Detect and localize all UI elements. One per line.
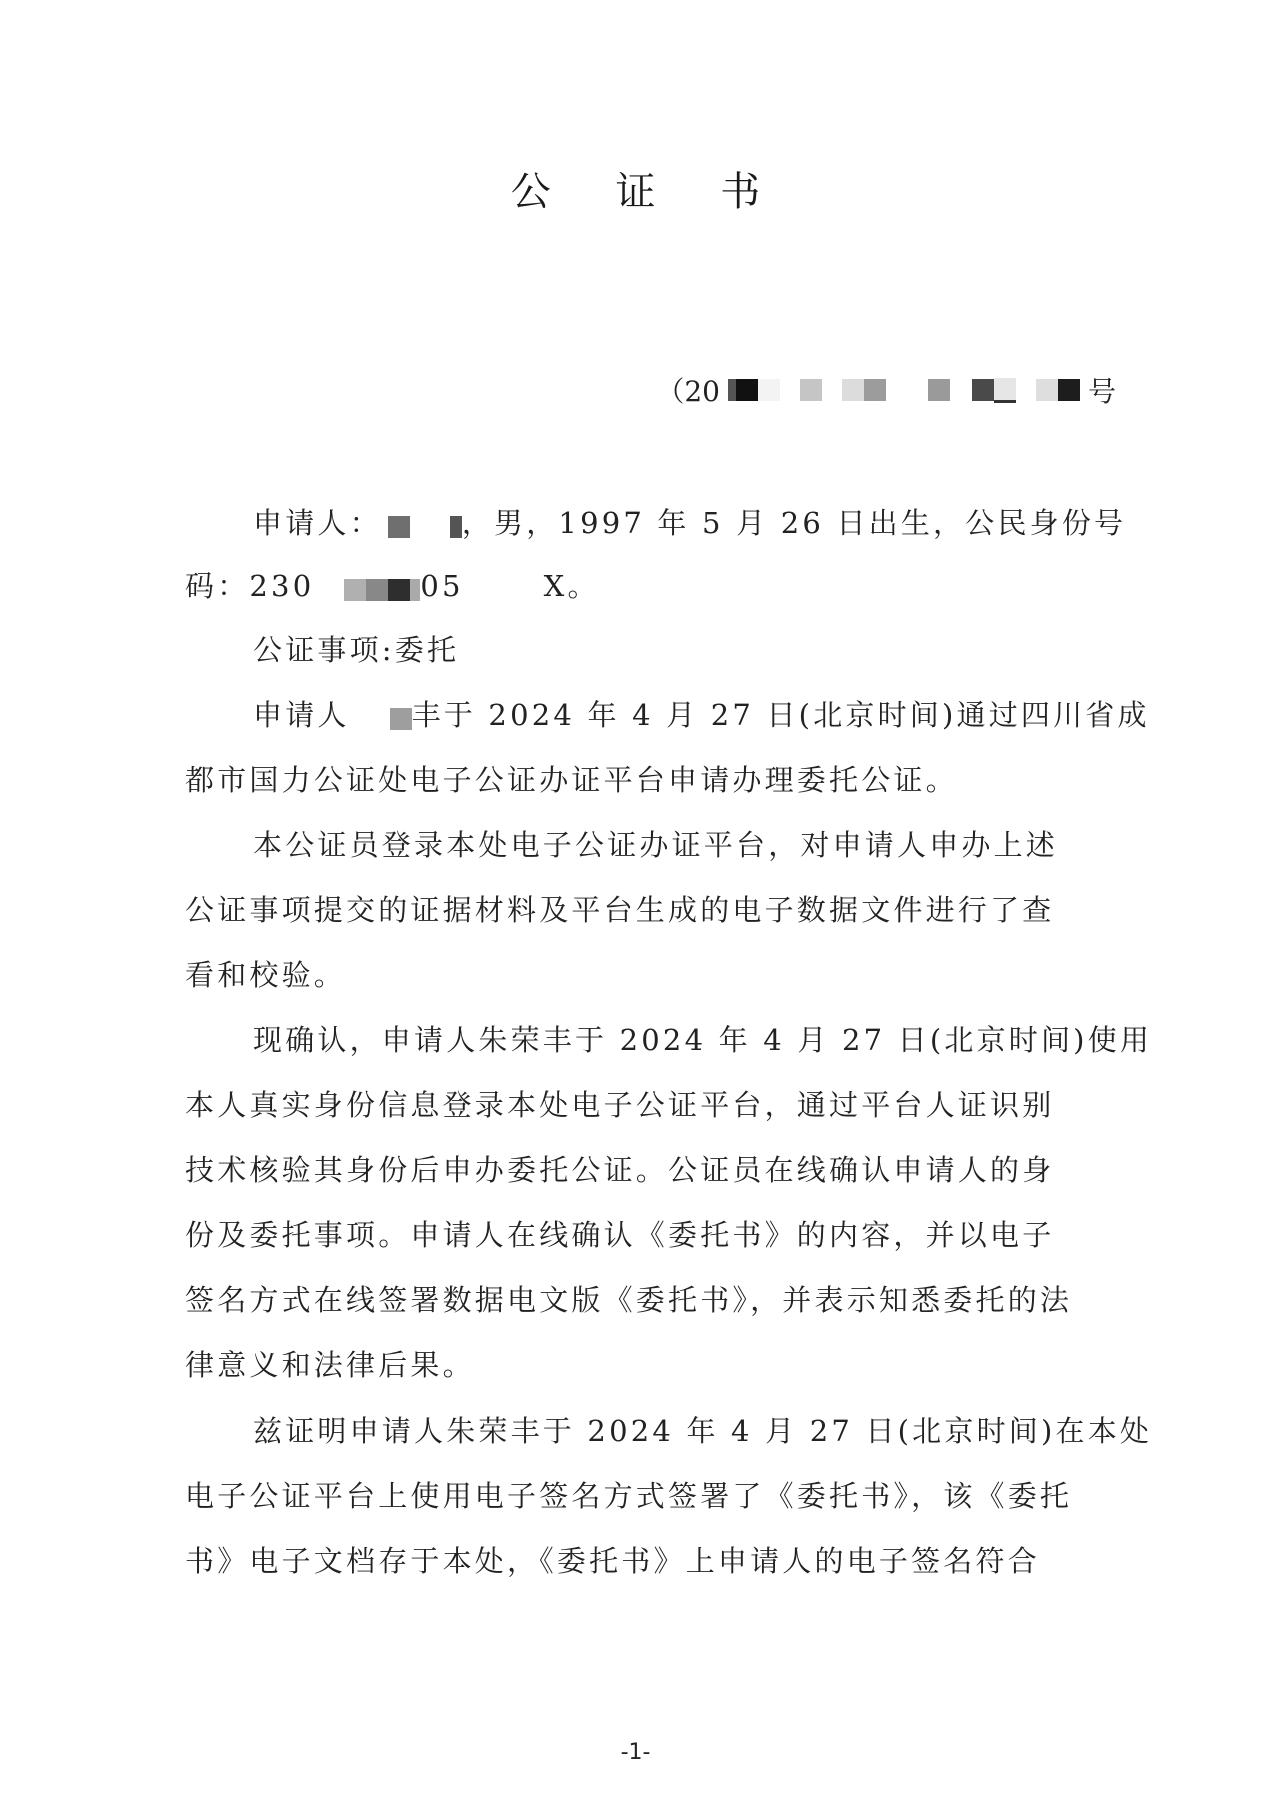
applicant-line-1: 申请人：，男，1997 年 5 月 26 日出生，公民身份号 [253,505,1153,543]
confirmation-line-2: 本人真实身份信息登录本处电子公证平台，通过平台人证识别 [185,1087,1085,1123]
confirmation-line-1: 现确认，申请人朱荣丰于 2024 年 4 月 27 日(北京时间)使用 [253,1022,1153,1058]
review-line-1: 本公证员登录本处电子公证办证平台，对申请人申办上述 [253,827,1153,863]
review-line-3: 看和校验。 [185,957,1085,993]
confirmation-line-6: 律意义和法律后果。 [185,1347,1085,1383]
document-number-suffix: 号 [1088,370,1116,410]
redacted-id-number [314,570,420,606]
redacted-applicant-name [350,699,412,735]
certification-line-2: 电子公证平台上使用电子签名方式签署了《委托书》，该《委托 [185,1478,1085,1514]
notarial-matter: 公证事项:委托 [253,632,1153,668]
applicant-line-2: 码：23005X。 [185,568,1085,606]
review-line-2: 公证事项提交的证据材料及平台生成的电子数据文件进行了查 [185,892,1085,928]
confirmation-line-4: 份及委托事项。申请人在线确认《委托书》的内容，并以电子 [185,1217,1085,1253]
confirmation-line-5: 签名方式在线签署数据电文版《委托书》，并表示知悉委托的法 [185,1282,1085,1318]
document-number: （20 号 [656,370,1116,410]
confirmation-line-3: 技术核验其身份后申办委托公证。公证员在线确认申请人的身 [185,1152,1085,1188]
application-line-1: 申请人丰于 2024 年 4 月 27 日(北京时间)通过四川省成 [253,697,1153,735]
document-title: 公 证 书 [0,160,1271,217]
redacted-applicant-name [382,507,462,543]
page-number: -1- [0,1740,1271,1765]
notarial-certificate-page: 公 证 书 （20 号 申请人：，男，1997 年 5 月 26 日出生，公民身… [0,0,1271,1797]
certification-line-3: 书》电子文档存于本处，《委托书》上申请人的电子签名符合 [185,1543,1085,1579]
redacted-document-number [728,378,1080,403]
application-line-2: 都市国力公证处电子公证办证平台申请办理委托公证。 [185,762,1085,798]
certification-line-1: 兹证明申请人朱荣丰于 2024 年 4 月 27 日(北京时间)在本处 [253,1413,1153,1449]
document-number-prefix: （20 [656,370,720,410]
